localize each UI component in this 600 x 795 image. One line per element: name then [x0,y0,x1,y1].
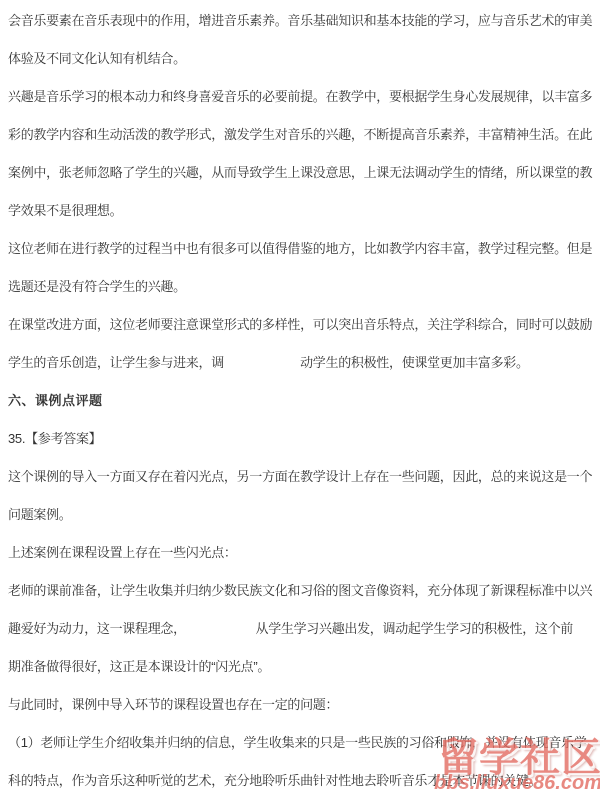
text-line: 与此同时，课例中导入环节的课程设置也存在一定的问题： [8,686,595,724]
text-line: 学生的音乐创造，让学生参与进来，调 动学生的积极性，使课堂更加丰富多彩。 [8,344,595,382]
text-line: 问题案例。 [8,496,595,534]
text-line: 老师的课前准备，让学生收集并归纳少数民族文化和习俗的图文音像资料，充分体现了新课… [8,572,595,610]
answer-label: 35.【参考答案】 [8,420,595,458]
text-line: 体验及不同文化认知有机结合。 [8,40,595,78]
text-line: （1）老师让学生介绍收集并归纳的信息，学生收集来的只是一些民族的习俗和服饰，并没… [8,724,595,762]
text-line: 上述案例在课程设置上存在一些闪光点： [8,534,595,572]
text-line: 学效果不是很理想。 [8,192,595,230]
text-line: 案例中，张老师忽略了学生的兴趣，从而导致学生上课没意思，上课无法调动学生的情绪，… [8,154,595,192]
text-line: 彩的教学内容和生动活泼的教学形式，激发学生对音乐的兴趣，不断提高音乐素养，丰富精… [8,116,595,154]
text-line: 会音乐要素在音乐表现中的作用，增进音乐素养。音乐基础知识和基本技能的学习，应与音… [8,2,595,40]
text-line: 这个课例的导入一方面又存在着闪光点，另一方面在教学设计上存在一些问题，因此，总的… [8,458,595,496]
text-line: 兴趣是音乐学习的根本动力和终身喜爱音乐的必要前提。在教学中，要根据学生身心发展规… [8,78,595,116]
text-line: 选题还是没有符合学生的兴趣。 [8,268,595,306]
section-heading: 六、课例点评题 [8,382,595,420]
text-line: 期准备做得很好，这正是本课设计的“闪光点”。 [8,648,595,686]
text-line: 科的特点，作为音乐这种听觉的艺术，充分地聆听乐曲针对性地去聆听音乐才是本节课的关… [8,762,595,795]
text-line: 趣爱好为动力，这一课程理念， 从学生学习兴趣出发，调动起学生学习的积极性，这个前 [8,610,595,648]
text-line: 在课堂改进方面，这位老师要注意课堂形式的多样性，可以突出音乐特点，关注学科综合，… [8,306,595,344]
text-line: 这位老师在进行教学的过程当中也有很多可以值得借鉴的地方，比如教学内容丰富，教学过… [8,230,595,268]
document-page: 会音乐要素在音乐表现中的作用，增进音乐素养。音乐基础知识和基本技能的学习，应与音… [8,2,595,795]
